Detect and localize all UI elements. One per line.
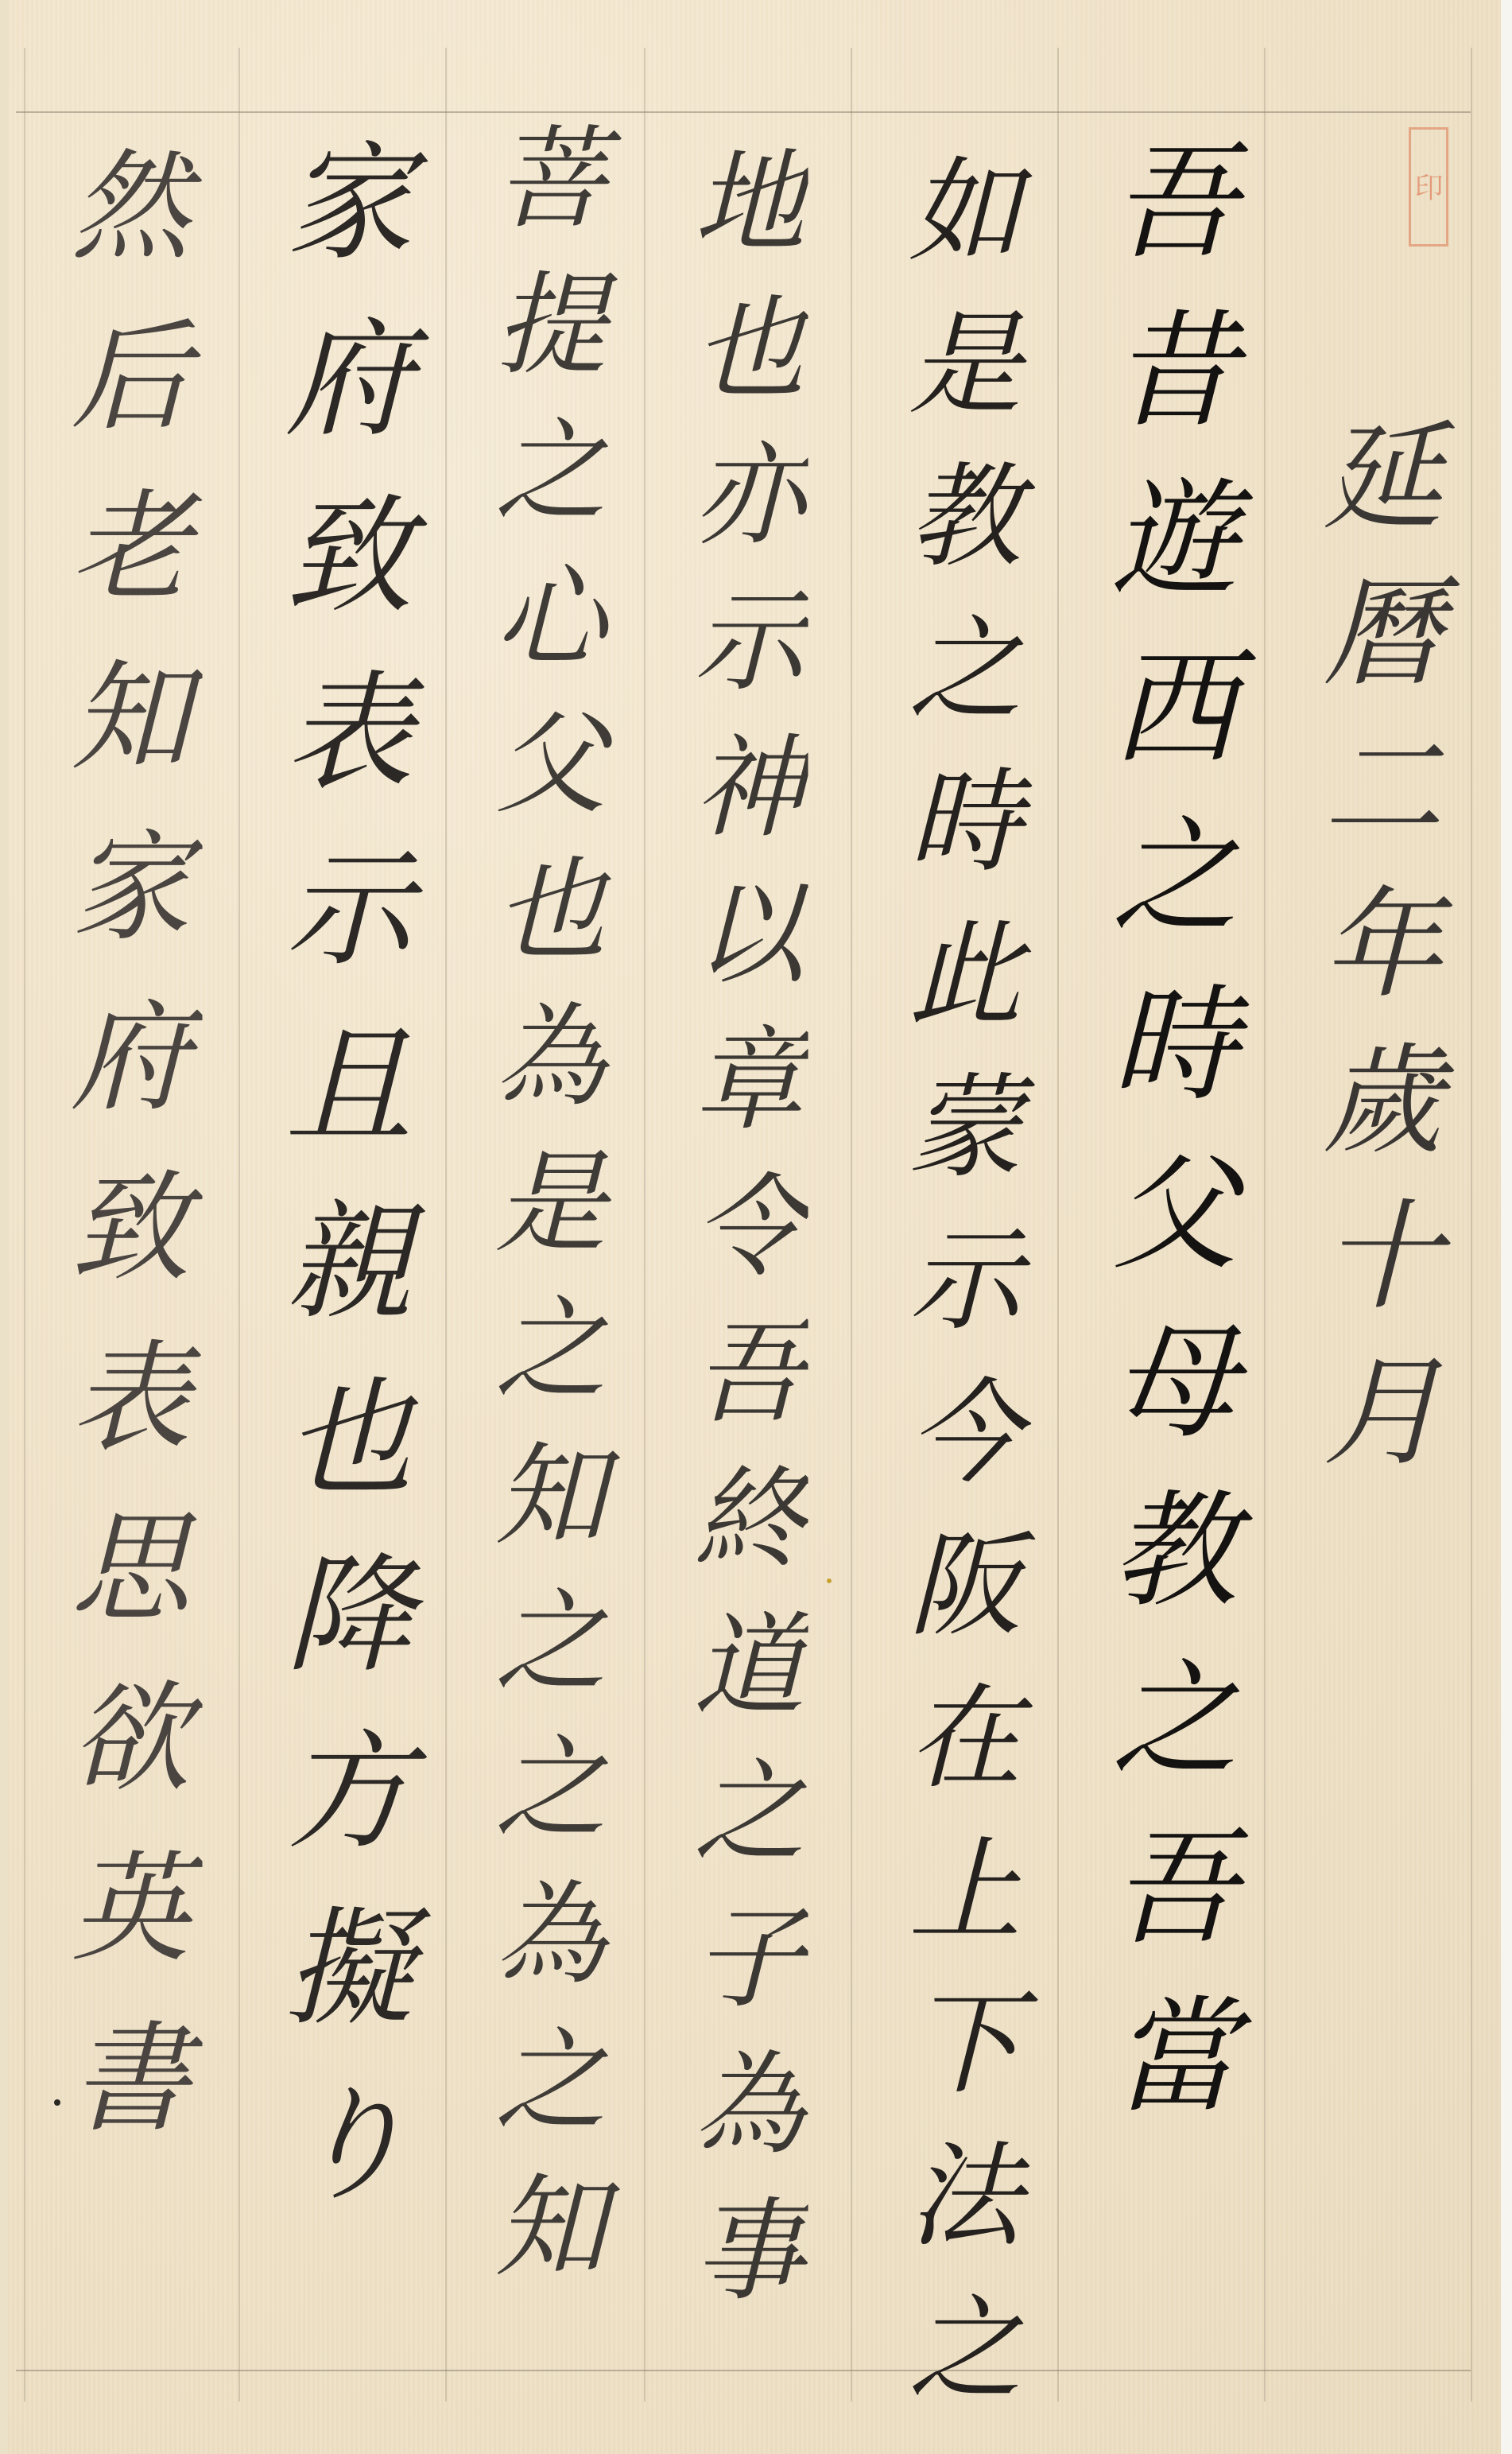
manuscript-column-5: 菩提之心父也為是之知之之為之知 (485, 119, 596, 2314)
bottom-ruling-line (16, 2370, 1471, 2371)
column-rule (851, 48, 852, 2402)
column-rule (644, 48, 646, 2402)
manuscript-column-6: 家府致表示且親也降方擬り (274, 135, 401, 2254)
column-rule (445, 48, 447, 2402)
ink-speck (827, 1578, 832, 1583)
manuscript-column-4: 地也亦示神以章令吾終道之子為事 (684, 143, 795, 2338)
paper-left-edge (0, 0, 8, 2454)
column-rule (1264, 48, 1266, 2402)
top-ruling-line (16, 111, 1471, 113)
manuscript-column-2: 吾昔遊西之時父母教之吾當 (1101, 135, 1227, 2158)
manuscript-column-3: 如是教之時此蒙示今阪在上下法之 (898, 151, 1011, 2441)
column-rule (1057, 48, 1059, 2402)
column-rule (1471, 48, 1472, 2402)
manuscript-column-7: 然后老知家府致表思欲英書 (60, 143, 179, 2185)
column-rule (24, 48, 25, 2402)
ink-dot (54, 2099, 60, 2106)
paper-right-edge (1501, 0, 1512, 2454)
manuscript-column-1: 延曆二年歲十月 (1312, 414, 1431, 1505)
red-seal-stamp: 印 (1409, 127, 1448, 247)
column-rule (238, 48, 240, 2402)
